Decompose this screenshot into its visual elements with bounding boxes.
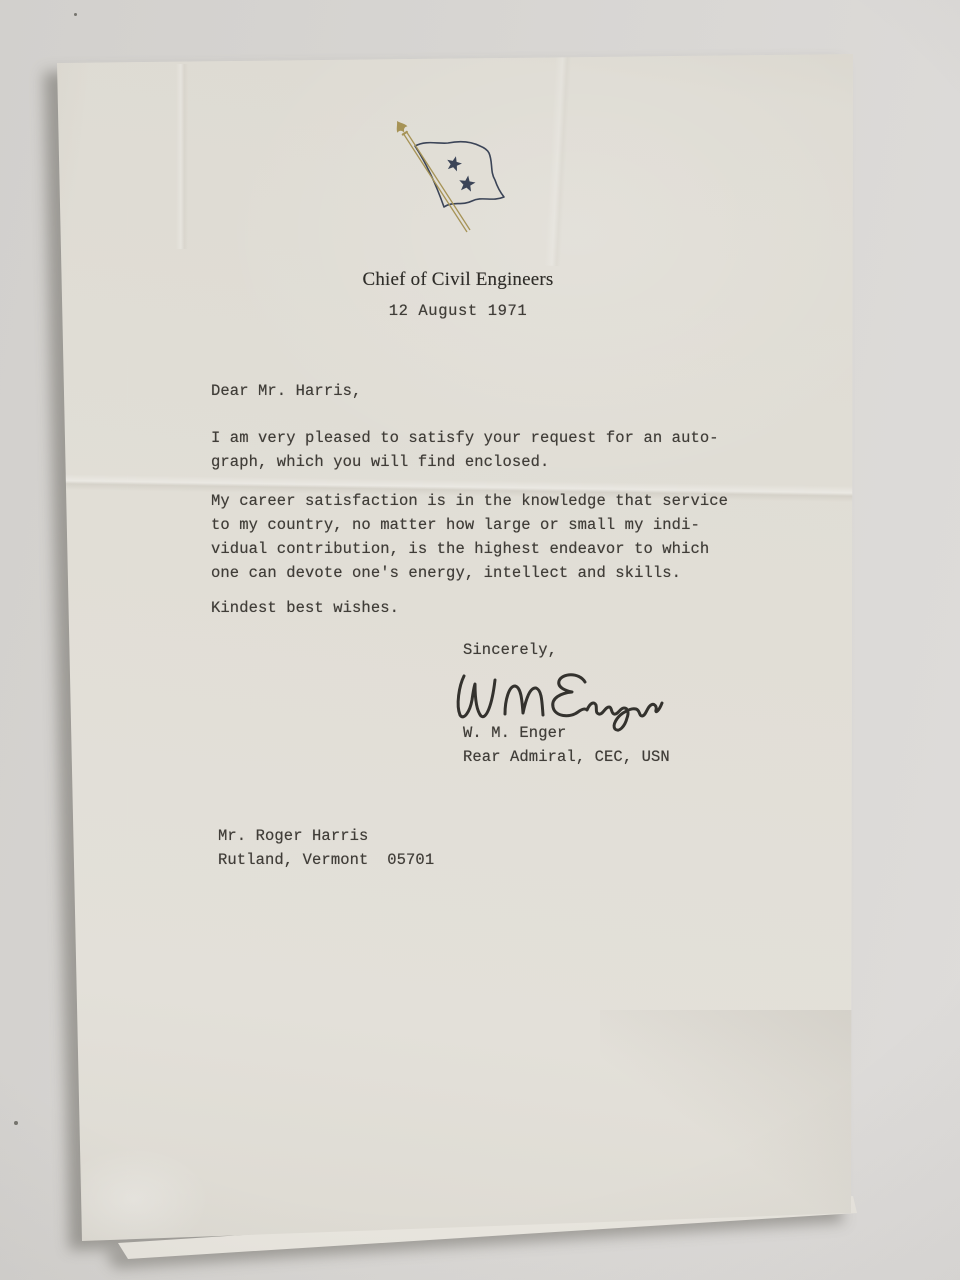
paper-crease — [176, 64, 188, 249]
paragraph-1: I am very pleased to satisfy your reques… — [211, 426, 719, 474]
letter-paper: Chief of Civil Engineers 12 August 1971 … — [0, 0, 960, 1280]
two-star-admiral-flag-icon — [388, 120, 518, 244]
flag-spearhead — [392, 120, 410, 137]
body-line: graph, which you will find enclosed. — [211, 450, 719, 474]
paragraph-3: Kindest best wishes. — [211, 596, 399, 620]
body-line: I am very pleased to satisfy your reques… — [211, 426, 719, 450]
letterhead: Chief of Civil Engineers 12 August 1971 — [258, 268, 658, 323]
paper-shading — [82, 1140, 252, 1240]
body-line: to my country, no matter how large or sm… — [211, 513, 728, 537]
paragraph-2: My career satisfaction is in the knowled… — [211, 489, 728, 585]
body-line: vidual contribution, is the highest ende… — [211, 537, 728, 561]
paper-shadow-wrapper: Chief of Civil Engineers 12 August 1971 … — [0, 0, 960, 1280]
paper-shading — [600, 1010, 852, 1213]
signed-title: Rear Admiral, CEC, USN — [463, 745, 670, 769]
recipient-name: Mr. Roger Harris — [218, 824, 434, 848]
letter-date: 12 August 1971 — [258, 299, 658, 323]
recipient-city: Rutland, Vermont 05701 — [218, 848, 434, 872]
body-line: one can devote one's energy, intellect a… — [211, 561, 728, 585]
signed-name: W. M. Enger — [463, 721, 670, 745]
letter-photograph: Chief of Civil Engineers 12 August 1971 … — [0, 0, 960, 1280]
body-line: Kindest best wishes. — [211, 596, 399, 620]
paper-crease — [545, 56, 572, 267]
body-line: My career satisfaction is in the knowled… — [211, 489, 728, 513]
recipient-address: Mr. Roger Harris Rutland, Vermont 05701 — [218, 824, 434, 872]
signature-block: W. M. Enger Rear Admiral, CEC, USN — [463, 721, 670, 769]
letterhead-office-title: Chief of Civil Engineers — [258, 268, 658, 292]
closing: Sincerely, — [463, 638, 557, 662]
salutation: Dear Mr. Harris, — [211, 379, 361, 403]
